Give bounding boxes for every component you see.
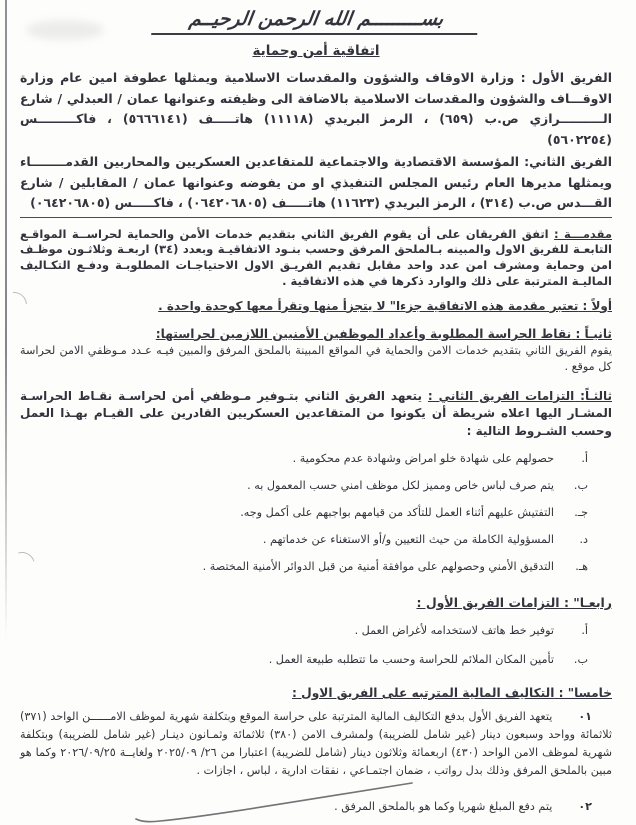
basmala-calligraphy: بســـــــــم الله الرحمن الرحيــم xyxy=(20,8,612,35)
document-title-text: اتفاقية أمن وحماية xyxy=(252,43,379,59)
list-item: ب.يتم صرف لباس خاص ومميز لكل موظف امني ح… xyxy=(20,478,588,495)
list-item: د.المسؤولية الكاملة من حيث التعيين و/أو … xyxy=(20,532,588,549)
clause-third-label: ثالثـاً: xyxy=(580,389,612,403)
numbered-item-text: يتم دفع المبلغ شهريا وكما هو بالملحق الم… xyxy=(334,800,552,813)
party-one-label: الفريق الأول : xyxy=(521,70,612,85)
clause-second-heading: ثانيـاً : نقاط الحراسة المطلوبة وأعداد ا… xyxy=(20,327,612,341)
clause-fifth-heading: خامسا" : التكاليف المالية المترتبه على ا… xyxy=(20,686,612,700)
clause-first-line: أولاً : تعتبر مقدمة هذه الاتفاقية جزءا" … xyxy=(20,299,612,313)
list-item-marker: د. xyxy=(554,532,588,549)
list-item: أ.حصولهم على شهادة خلو امراض وشهادة عدم … xyxy=(20,451,588,468)
list-item-marker: جـ. xyxy=(554,505,588,522)
list-item: جـ.التفتيش عليهم أثناء العمل للتأكد من ق… xyxy=(20,505,588,522)
numbered-item-marker: ٠٢ xyxy=(578,800,612,813)
party-one-paragraph: الفريق الأول : وزارة الاوقاف والشؤون وال… xyxy=(20,68,612,150)
numbered-item-marker: ٠١ xyxy=(578,710,612,723)
clause-third-paragraph: ثالثـاً: التزامات الفريق الثاني : يتعهد … xyxy=(20,388,612,441)
list-item: هـ.التدقيق الأمني وحصولهم على موافقة أمن… xyxy=(20,559,588,576)
list-item-marker: أ. xyxy=(554,623,588,640)
clause-second-body: يقوم الفريق الثاني بتقديم خدمات الامن وا… xyxy=(20,343,612,375)
numbered-item-1: ٠١يتعهد الفريق الأول بدفع التكاليف المال… xyxy=(20,708,612,781)
list-item-text: يتم صرف لباس خاص ومميز لكل موظف امني حسب… xyxy=(247,478,554,495)
numbered-item-text: يتعهد الفريق الأول بدفع التكاليف المالية… xyxy=(20,710,612,778)
basmala-text: بســـــــــم الله الرحمن الرحيــم xyxy=(151,8,481,35)
clause-fourth-heading-text: التزامات الفريق الأول : xyxy=(416,595,559,610)
intro-text: اتفق الفريقان على أن يقوم الفريق الثاني … xyxy=(20,227,612,288)
document-content: بســـــــــم الله الرحمن الرحيــم اتفاقي… xyxy=(0,0,636,816)
clause-fifth-heading-text: التكاليف المالية المترتبه على الفريق الا… xyxy=(292,686,554,700)
list-item-text: حصولهم على شهادة خلو امراض وشهادة عدم مح… xyxy=(293,451,554,468)
list-item: أ.توفير خط هاتف لاستخدامه لأغراض العمل . xyxy=(20,623,588,640)
list-item-marker: ب. xyxy=(554,652,588,669)
list-item-text: توفير خط هاتف لاستخدامه لأغراض العمل . xyxy=(355,623,554,640)
party-two-paragraph: الفريق الثاني: المؤسسة الاقتصادية والاجت… xyxy=(20,152,612,214)
clause-fourth-list: أ.توفير خط هاتف لاستخدامه لأغراض العمل .… xyxy=(20,623,612,669)
clause-first-label: أولاً : xyxy=(583,299,612,313)
clause-third-heading-text: التزامات الفريق الثاني : xyxy=(428,389,574,403)
clause-fourth-heading: رابعـا" : التزامات الفريق الأول : xyxy=(20,595,612,610)
document-title: اتفاقية أمن وحماية xyxy=(20,40,612,59)
list-item: ب.تأمين المكان الملائم للحراسة وحسب ما ت… xyxy=(20,652,588,669)
clause-second-label: ثانيـاً : xyxy=(575,327,612,341)
list-item-marker: أ. xyxy=(554,451,588,468)
numbered-item-2: ٠٢يتم دفع المبلغ شهريا وكما هو بالملحق ا… xyxy=(20,798,612,816)
document-page: بســـــــــم الله الرحمن الرحيــم اتفاقي… xyxy=(0,0,636,825)
list-item-marker: ب. xyxy=(554,478,588,495)
clause-first-text: تعتبر مقدمة هذه الاتفاقية جزءا" لا يتجزأ… xyxy=(158,299,578,313)
list-item-text: التفتيش عليهم أثناء العمل للتأكد من قيام… xyxy=(240,505,554,522)
list-item-text: المسؤولية الكاملة من حيث التعيين و/أو ال… xyxy=(263,532,554,549)
list-item-text: التدقيق الأمني وحصولهم على موافقة أمنية … xyxy=(203,559,554,576)
list-item-marker: هـ. xyxy=(554,559,588,576)
list-item-text: تأمين المكان الملائم للحراسة وحسب ما تتط… xyxy=(269,652,554,669)
clause-third-list: أ.حصولهم على شهادة خلو امراض وشهادة عدم … xyxy=(20,451,612,576)
clause-fifth-label: خامسا" : xyxy=(559,686,612,700)
clause-second-heading-text: نقاط الحراسة المطلوبة وأعداد الموظفين ال… xyxy=(156,327,571,341)
clause-fourth-label: رابعـا" : xyxy=(564,595,612,610)
intro-label: مقدمـــة : xyxy=(554,227,612,241)
intro-paragraph: مقدمـــة : اتفق الفريقان على أن يقوم الف… xyxy=(20,227,612,290)
separator-line xyxy=(20,217,612,218)
party-two-label: الفريق الثاني: xyxy=(524,154,612,169)
